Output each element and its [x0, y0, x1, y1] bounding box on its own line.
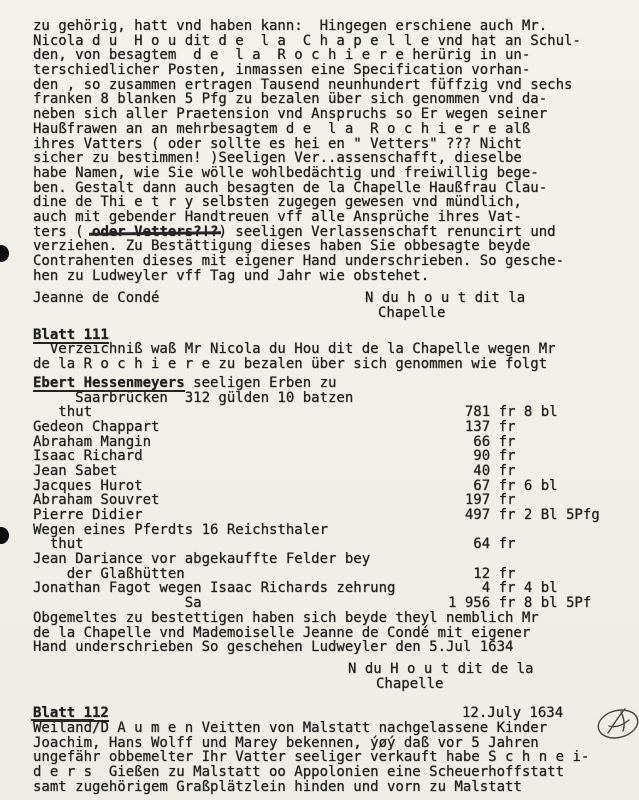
ebert-hessenmeyers-underlined: Ebert Hessenmeyers [33, 377, 185, 392]
document-line: Hand underschrieben So geschehen Ludweyl… [33, 640, 623, 655]
weiland-overlined: Weiland [33, 720, 92, 736]
document-line: den , so zusammen ertragen Tausend neunh… [33, 78, 623, 93]
ledger-label: Abraham Souvret [33, 493, 448, 508]
document-line: ungefähr obbemelter Ihr Vatter seeliger … [33, 750, 623, 765]
signature-line: Jeanne de CondéN du h o u t dit la [33, 291, 623, 306]
ledger-row: thut 64 fr [33, 537, 623, 552]
document-line: d e r s Gießen zu Malstatt oo Appolonien… [33, 765, 623, 780]
ledger-label: Jonathan Fagot wegen Isaac Richards zehr… [33, 581, 448, 596]
ledger-amount: 781 fr 8 bl [448, 405, 558, 420]
signature-line: Chapelle [33, 677, 623, 692]
ledger-label: Isaac Richard [33, 449, 448, 464]
signature-chapelle-1: Chapelle [378, 306, 445, 321]
scanned-typescript-page: zu gehörig, hatt vnd haben kann: Hingege… [0, 0, 639, 800]
document-line: terschiedlicher Posten, inmassen eine Sp… [33, 63, 623, 78]
document-line: samt zugehörigem Graßplätzlein hinden un… [33, 780, 623, 795]
ledger-amount: 497 fr 2 Bl 5Pfg [448, 508, 600, 523]
document-line: sicher zu bestimmen! )Seeligen Ver..asse… [33, 151, 623, 166]
ledger-row: Abraham Souvret 197 fr [33, 493, 623, 508]
ledger-amount: 67 fr 6 bl [448, 479, 558, 494]
pencil-scribble-icon [594, 702, 639, 744]
signature-block-1: Jeanne de CondéN du h o u t dit la Chape… [33, 291, 623, 320]
paragraph-3: Weiland/D A u m e n Veitten von Malstatt… [33, 721, 623, 794]
ledger-label: Jean Dariance vor abgekauffte Felder bey [33, 552, 448, 567]
punch-hole-bottom [0, 527, 9, 544]
document-line: Weiland/D A u m e n Veitten von Malstatt… [33, 721, 623, 736]
signature-block-2: N du H o u t dit de la Chapelle [33, 662, 623, 691]
document-line: ben. Gestalt dann auch besagten de la Ch… [33, 181, 623, 196]
ledger-amount: 64 fr [448, 537, 515, 552]
struck-text: oder Vetters?!? [92, 224, 218, 240]
document-line: de la Chapelle vnd Mademoiselle Jeanne d… [33, 626, 623, 641]
blatt-112-date: 12.July 1634 [462, 706, 563, 721]
document-line: ihres Vatters ( oder sollte es hei en " … [33, 137, 623, 152]
ledger-label: Saarbrücken 312 gülden 10 batzen [33, 391, 448, 406]
document-line: Obgemeltes zu bestettigen haben sich bey… [33, 611, 623, 626]
document-line: franken 8 blanken 5 Pfg zu bezalen über … [33, 92, 623, 107]
verzeichnis-intro: Verzeichniß waß Mr Nicola du Hou dit de … [33, 342, 623, 371]
document-line: auch mit gebender Handtreuen vff alle An… [33, 210, 623, 225]
text-column: zu gehörig, hatt vnd haben kann: Hingege… [33, 19, 623, 794]
ledger-label: Abraham Mangin [33, 435, 448, 450]
ledger-total-label: Sa [33, 596, 448, 611]
ledger-row: der Glaßhütten 12 fr [33, 567, 623, 582]
ledger-label: Jacques Hurot [33, 479, 448, 494]
paragraph-2: Obgemeltes zu bestettigen haben sich bey… [33, 611, 623, 655]
weiland-rest: /D A u m e n Veitten von Malstatt nachge… [92, 720, 547, 736]
ledger-label: Jean Sabet [33, 464, 448, 479]
document-line-with-strikeout: ters ( oder Vetters?!?) seeligen Verlass… [33, 225, 623, 240]
ledger-amount: 90 fr [448, 449, 515, 464]
document-line: zu gehörig, hatt vnd haben kann: Hingege… [33, 19, 623, 34]
ledger-amount: 4 fr 4 bl [448, 581, 558, 596]
ledger-row-total: Sa1 956 fr 8 bl 5Pf [33, 596, 623, 611]
document-line: dine de Thi e t r y selbsten zugegen gew… [33, 195, 623, 210]
ledger-row: Wegen eines Pferdts 16 Reichsthaler [33, 523, 623, 538]
document-line: neben sich aller Praetension vnd Anspruc… [33, 107, 623, 122]
ledger-row: Jonathan Fagot wegen Isaac Richards zehr… [33, 581, 623, 596]
strike-pre: ters ( [33, 224, 92, 240]
ledger-amount: 137 fr [448, 420, 515, 435]
heading-blatt-111: Blatt 111 [33, 328, 623, 343]
document-line: habe Namen, wie Sie wölle wohlbedächtig … [33, 166, 623, 181]
ledger-label: Pierre Didier [33, 508, 448, 523]
ledger-amount: 66 fr [448, 435, 515, 450]
ledger-row: Pierre Didier 497 fr 2 Bl 5Pfg [33, 508, 623, 523]
document-line: Verzeichniß waß Mr Nicola du Hou dit de … [33, 342, 623, 357]
punch-hole-top [0, 245, 9, 262]
signature-line: Chapelle [33, 306, 623, 321]
heading-blatt-112-row: Blatt 11212.July 1634 [33, 706, 623, 721]
signature-jeanne-de-conde: Jeanne de Condé [33, 290, 159, 306]
ledger-row: Gedeon Chappart 137 fr [33, 420, 623, 435]
document-line: verziehen. Zu Bestättigung dieses haben … [33, 239, 623, 254]
signature-du-hout-1: N du h o u t dit la [365, 291, 525, 306]
ledger-label: thut [33, 405, 448, 420]
ledger: Saarbrücken 312 gülden 10 batzen thut 78… [33, 391, 623, 611]
ledger-row: thut 781 fr 8 bl [33, 405, 623, 420]
document-line: Joachim, Hans Wolff und Marey bekennen, … [33, 736, 623, 751]
ledger-label: Gedeon Chappart [33, 420, 448, 435]
signature-du-hout-2: N du H o u t dit de la [348, 662, 533, 677]
ledger-amount: 40 fr [448, 464, 515, 479]
ledger-first-entry: Ebert Hessenmeyers seeligen Erben zu [33, 376, 623, 391]
signature-chapelle-2: Chapelle [376, 677, 443, 692]
document-line: Haußfrawen an an mehrbesagtem d e l a R … [33, 122, 623, 137]
ledger-label: der Glaßhütten [33, 567, 448, 582]
ledger-row: Jean Sabet 40 fr [33, 464, 623, 479]
paragraph-1: zu gehörig, hatt vnd haben kann: Hingege… [33, 19, 623, 283]
ledger-row: Jean Dariance vor abgekauffte Felder bey [33, 552, 623, 567]
document-line: de la R o c h i e r e zu bezalen über si… [33, 357, 623, 372]
ledger-row: Saarbrücken 312 gülden 10 batzen [33, 391, 623, 406]
ebert-rest: seeligen Erben zu [185, 375, 337, 391]
ledger-label: thut [33, 537, 448, 552]
signature-line: N du H o u t dit de la [33, 662, 623, 677]
document-line: den, von besagtem d e l a R o c h i e r … [33, 48, 623, 63]
ledger-label: Wegen eines Pferdts 16 Reichsthaler [33, 523, 448, 538]
ledger-amount: 12 fr [448, 567, 515, 582]
document-line: Nicola d u H o u dit d e l a C h a p e l… [33, 34, 623, 49]
ledger-total-amount: 1 956 fr 8 bl 5Pf [448, 596, 591, 611]
ledger-row: Jacques Hurot 67 fr 6 bl [33, 479, 623, 494]
ledger-amount: 197 fr [448, 493, 515, 508]
ledger-row: Isaac Richard 90 fr [33, 449, 623, 464]
document-line: hen zu Ludweyler vff Tag und Jahr wie ob… [33, 269, 623, 284]
document-line: Contrahenten dieses mit eigener Hand und… [33, 254, 623, 269]
ledger-row: Abraham Mangin 66 fr [33, 435, 623, 450]
strike-post: ) seeligen Verlassenschaft renuncirt und [218, 224, 555, 240]
